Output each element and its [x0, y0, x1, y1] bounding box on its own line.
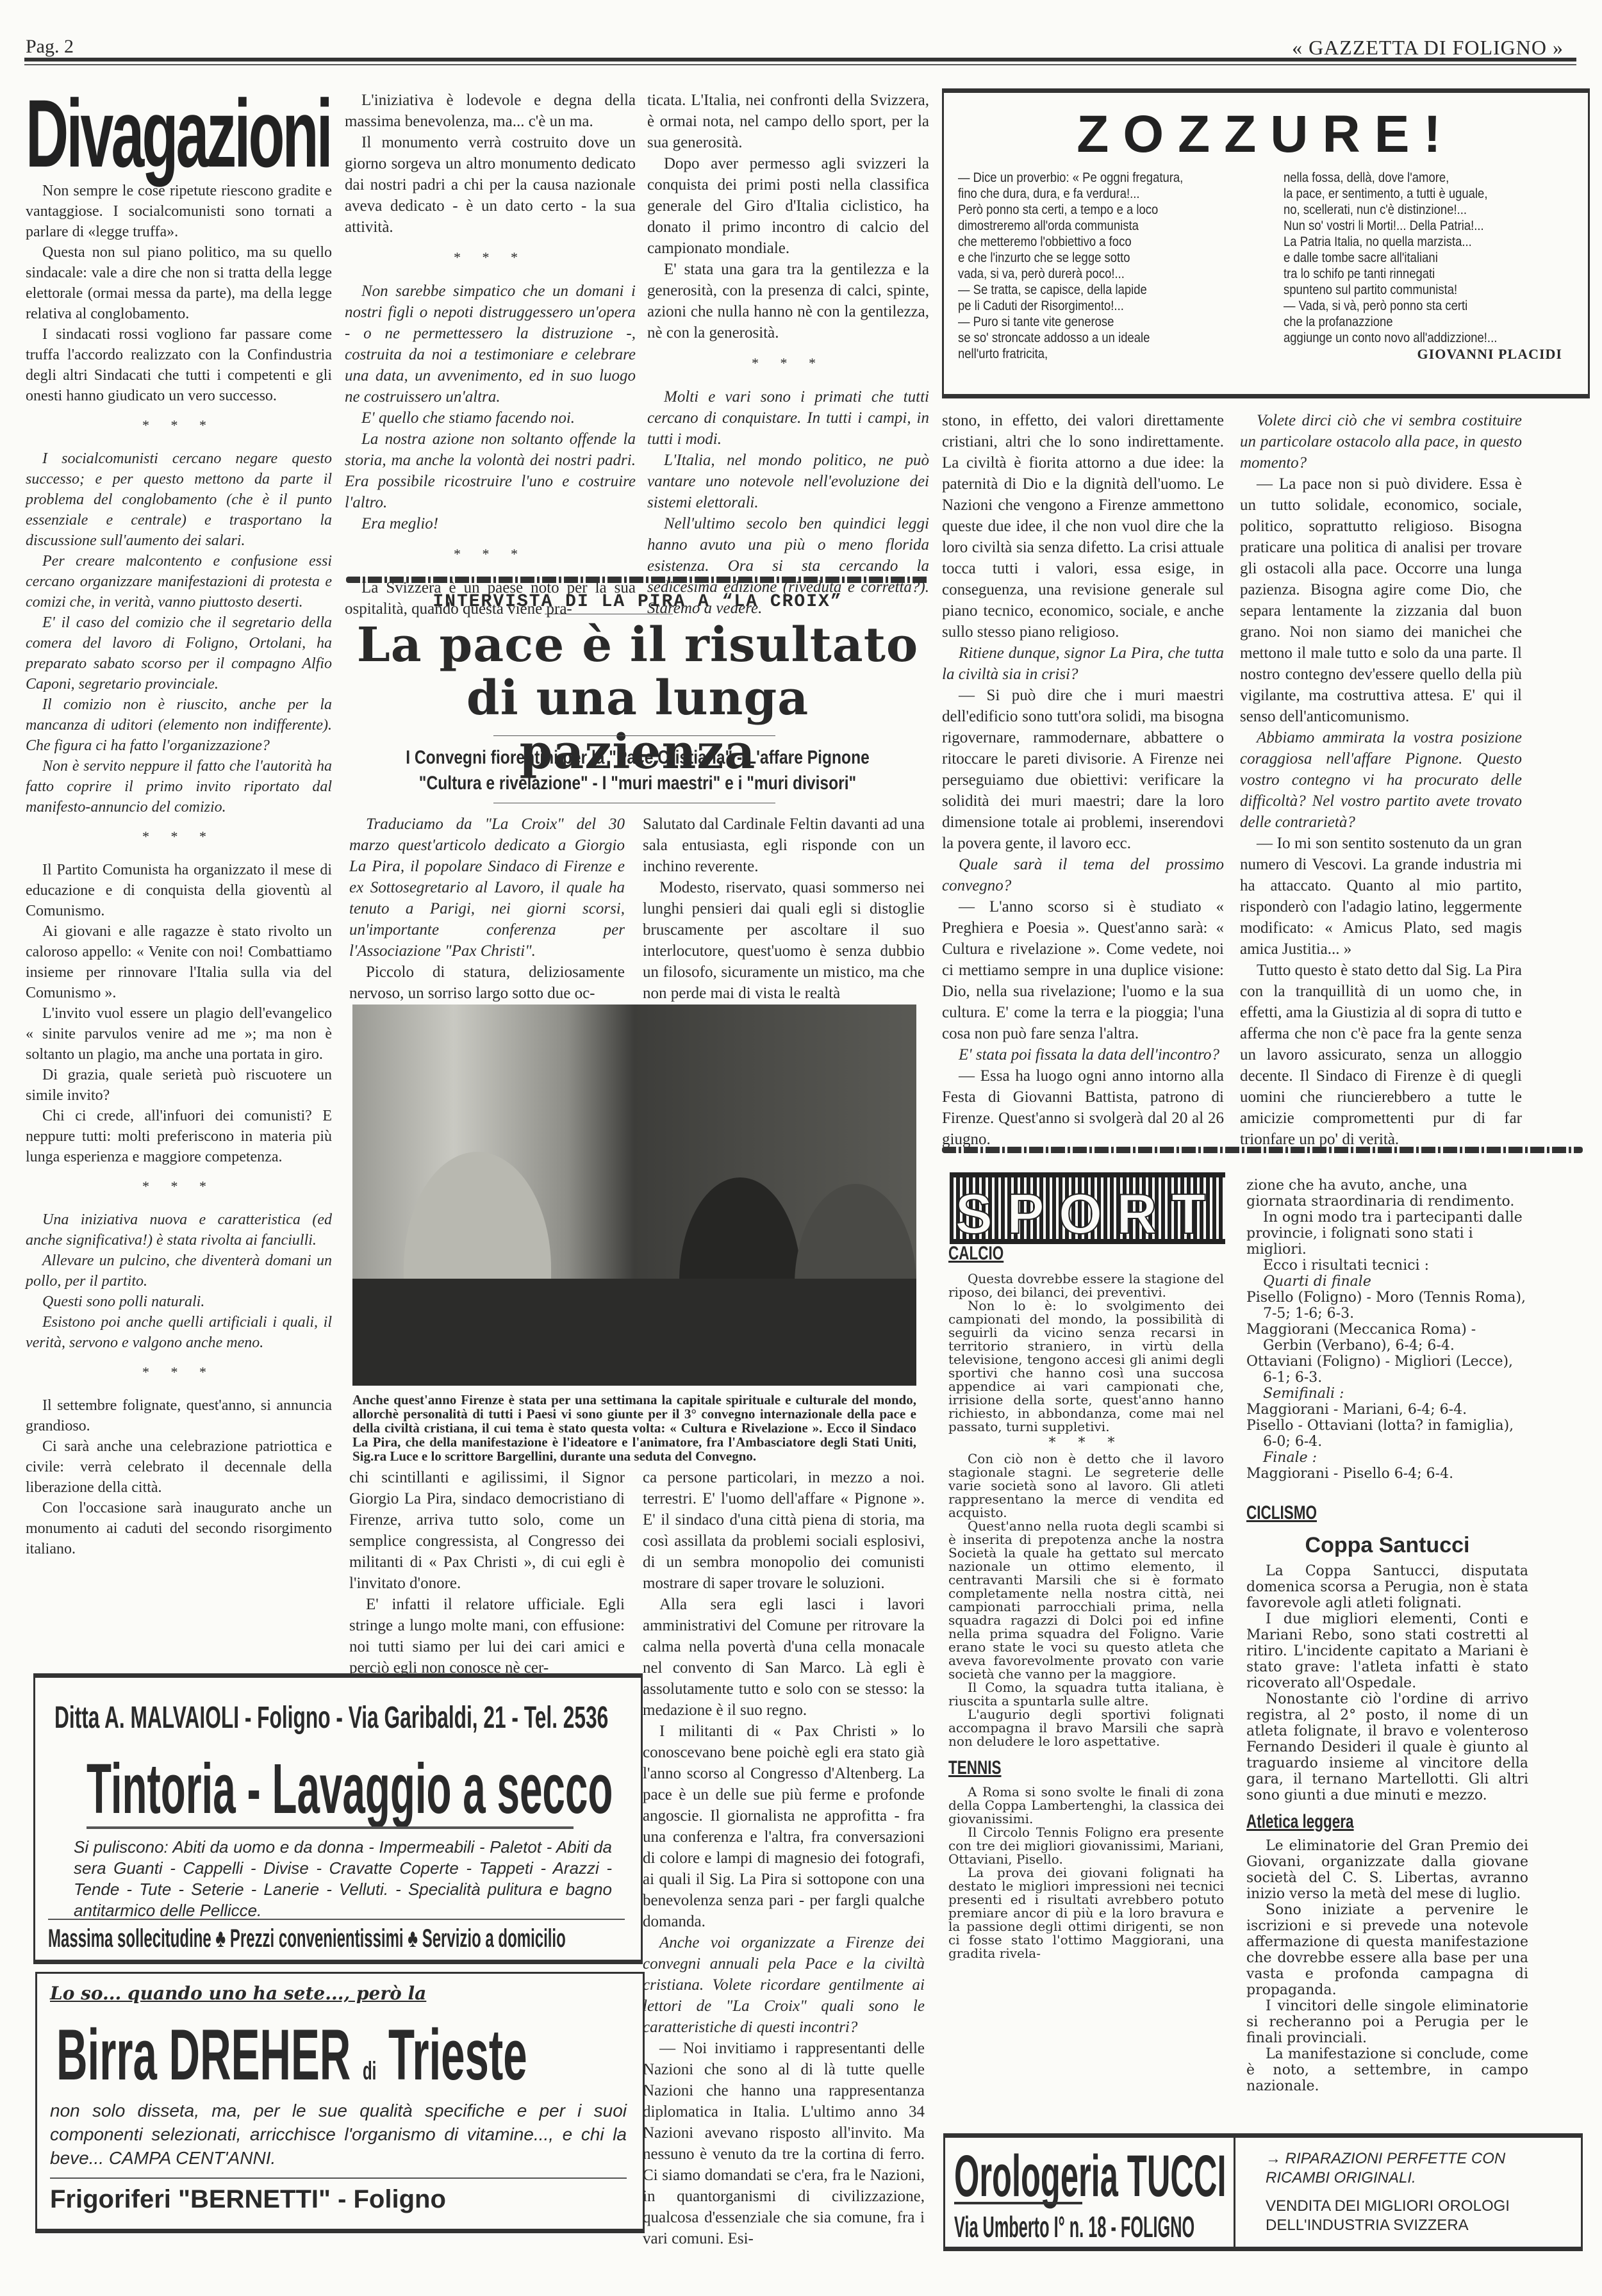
- photo-caption: Anche quest'anno Firenze è stata per una…: [352, 1393, 916, 1463]
- paragraph: Abbiamo ammirata la vostra posizione cor…: [1240, 727, 1522, 833]
- malvaioli-body: Si puliscono: Abiti da uomo e da donna -…: [74, 1837, 612, 1921]
- ad-tucci-frame: Orologeria TUCCI Via Umberto I° n. 18 - …: [943, 2133, 1583, 2251]
- sport-banner-text: SPORT: [950, 1181, 1225, 1247]
- paragraph: Tutto questo è stato detto dal Sig. La P…: [1240, 960, 1522, 1150]
- calcio-body: Questa dovrebbe essere la stagione del r…: [948, 1272, 1224, 1748]
- poem-line: spunteno sul partito communista!: [1284, 282, 1554, 298]
- paragraph: ca persone particolari, in mezzo a noi. …: [643, 1467, 925, 1594]
- lapira-bottom-left: chi scintillanti e agilissimi, il Signor…: [349, 1467, 625, 1678]
- paragraph: Molti e vari sono i primati che tutti ce…: [647, 386, 929, 450]
- tennis-match-result: Maggiorani - Mariani, 6-4; 6-4.: [1246, 1402, 1528, 1418]
- page-number: Pag. 2: [26, 36, 74, 58]
- section-divider: [346, 577, 929, 583]
- paragraph: I militanti di « Pax Christi » lo conosc…: [643, 1721, 925, 1932]
- tennis-match-result: Maggiorani (Meccanica Roma) - Gerbin (Ve…: [1246, 1322, 1528, 1354]
- tennis-round: Semifinali :: [1246, 1386, 1528, 1402]
- tennis-match-result: Pisello (Foligno) - Moro (Tennis Roma), …: [1246, 1290, 1528, 1322]
- paragraph: Questi sono polli naturali.: [26, 1291, 332, 1312]
- tucci-title-text: Orologeria TUCCI: [954, 2143, 1226, 2210]
- paragraph: Con l'occasione sarà inaugurato anche un…: [26, 1498, 332, 1559]
- paragraph: — L'anno scorso si è studiato « Preghier…: [942, 896, 1224, 1044]
- paragraph: E' infatti il relatore ufficiale. Egli s…: [349, 1594, 625, 1678]
- dreher-tagline: Lo so... quando uno ha sete..., però la: [50, 1983, 426, 2004]
- poem-line: — Dice un proverbio: « Pe oggni fregatur…: [958, 170, 1228, 186]
- zozzure-author: GIOVANNI PLACIDI: [1417, 346, 1562, 363]
- tennis-round: Quarti di finale: [1246, 1274, 1528, 1290]
- paragraph: Ci sarà anche una celebrazione patriotti…: [26, 1436, 332, 1498]
- tennis-body: A Roma si sono svolte le finali di zona …: [948, 1785, 1224, 1960]
- paragraph: Sono iniziate a pervenire le iscrizioni …: [1246, 1902, 1528, 1998]
- header-rule-thin: [24, 64, 1576, 65]
- paragraph: chi scintillanti e agilissimi, il Signor…: [349, 1467, 625, 1594]
- tennis-continued: zione che ha avuto, anche, una giornata …: [1246, 1177, 1528, 1482]
- paragraph: ticata. L'Italia, nei confronti della Sv…: [647, 90, 929, 153]
- paragraph: I sindacati rossi vogliono far passare c…: [26, 324, 332, 406]
- paragraph: Il settembre folignate, quest'anno, si a…: [26, 1395, 332, 1436]
- poem-line: La Patria Italia, no quella marzista...: [1284, 234, 1554, 250]
- malvaioli-rule: [87, 1826, 574, 1829]
- ad-malvaioli: Ditta A. MALVAIOLI - Foligno - Via Garib…: [33, 1673, 643, 1964]
- lapira-photo: [352, 1004, 916, 1386]
- paragraph: Dopo aver permesso agli svizzeri la conq…: [647, 153, 929, 259]
- dreher-footer: Frigoriferi "BERNETTI" - Foligno: [50, 2185, 627, 2214]
- section-stars: * * *: [26, 415, 332, 436]
- paragraph: Volete dirci ciò che vi sembra costituir…: [1240, 410, 1522, 473]
- divagazioni-column-2: L'iniziativa è lodevole e degna della ma…: [345, 90, 636, 619]
- paragraph: E' stata una gara tra la gentilezza e la…: [647, 259, 929, 343]
- paragraph: La nostra azione non soltanto offende la…: [345, 429, 636, 513]
- poem-line: Però ponno sta certi, a tempo e a loco: [958, 202, 1228, 218]
- tennis-match-result: Pisello - Ottaviani (lotta? in famiglia)…: [1246, 1418, 1528, 1450]
- poem-line: dimostreremo all'orda communista: [958, 218, 1228, 234]
- section-stars: * * *: [26, 1362, 332, 1382]
- poem-line: — Se tratta, se capisce, della lapide: [958, 282, 1228, 298]
- dreher-title-text: Birra DREHER di Trieste: [56, 2013, 527, 2096]
- paragraph: I socialcomunisti cercano negare questo …: [26, 448, 332, 551]
- lapira-intro-right: Salutato dal Cardinale Feltin davanti ad…: [643, 814, 925, 1004]
- tucci-title: Orologeria TUCCI: [954, 2143, 1223, 2210]
- paragraph: Modesto, riservato, quasi sommerso nei l…: [643, 877, 925, 1004]
- paragraph: Questa dovrebbe essere la stagione del r…: [948, 1272, 1224, 1299]
- malvaioli-title: Tintoria - Lavaggio a secco: [87, 1748, 625, 1830]
- paragraph: Quest'anno nella ruota degli scambi si è…: [948, 1520, 1224, 1681]
- paragraph: Questa non sul piano politico, ma su que…: [26, 242, 332, 324]
- paragraph: Allevare un pulcino, che diventerà doman…: [26, 1250, 332, 1291]
- section-stars: * * *: [26, 1176, 332, 1197]
- lapira-subhead-1: I Convegni fiorentini per la "Pace Crist…: [367, 744, 909, 771]
- divagazioni-title: Divagazioni: [26, 78, 217, 189]
- kicker-rule: [545, 614, 673, 614]
- paragraph: Quale sarà il tema del prossimo convegno…: [942, 854, 1224, 896]
- paragraph: I vincitori delle singole eliminatorie s…: [1246, 1998, 1528, 2046]
- poem-line: tra lo schifo pe tanti rinnegati: [1284, 266, 1554, 282]
- masthead: « GAZZETTA DI FOLIGNO »: [1292, 36, 1564, 60]
- paragraph: Una iniziativa nuova e caratteristica (e…: [26, 1209, 332, 1250]
- calcio-section: CALCIO Questa dovrebbe essere la stagion…: [948, 1243, 1224, 1960]
- paragraph: Non sempre le cose ripetute riescono gra…: [26, 181, 332, 242]
- divagazioni-title-wrap: Divagazioni: [26, 78, 333, 174]
- section-stars: * * *: [948, 1436, 1224, 1450]
- paragraph: La manifestazione si conclude, come è no…: [1246, 2046, 1528, 2094]
- poem-line: e che l'inzurto che se legge sotto: [958, 250, 1228, 266]
- paragraph: L'Italia, nel mondo politico, ne può van…: [647, 450, 929, 513]
- malvaioli-title-text: Tintoria - Lavaggio a secco: [87, 1748, 613, 1830]
- ciclismo-section: CICLISMO Coppa Santucci La Coppa Santucc…: [1246, 1502, 1528, 2094]
- paragraph: Le eliminatorie del Gran Premio dei Giov…: [1246, 1838, 1528, 1902]
- paragraph: Salutato dal Cardinale Feltin davanti ad…: [643, 814, 925, 877]
- paragraph: Il Partito Comunista ha organizzato il m…: [26, 860, 332, 921]
- poem-line: vada, si va, però durerà poco!...: [958, 266, 1228, 282]
- lapira-kicker: INTERVISTA DI LA PIRA A “LA CROIX”: [346, 592, 929, 612]
- zozzure-poem-right: nella fossa, dellà, dove l'amore,la pace…: [1284, 170, 1554, 346]
- paragraph: Ecco i risultati tecnici :: [1246, 1258, 1528, 1274]
- paragraph: Nonostante ciò l'ordine di arrivo regist…: [1246, 1691, 1528, 1803]
- paragraph: — Si può dire che i muri maestri dell'ed…: [942, 685, 1224, 854]
- headline-rule: [493, 735, 775, 736]
- tennis-round: Finale :: [1246, 1450, 1528, 1466]
- dreher-body: non solo disseta, ma, per le sue qualità…: [50, 2099, 627, 2170]
- paragraph: L'iniziativa è lodevole e degna della ma…: [345, 90, 636, 132]
- poem-line: no, scellerati, nun c'è distinzione!...: [1284, 202, 1554, 218]
- malvaioli-footer: Massima sollecitudine ♣ Prezzi convenien…: [48, 1924, 625, 1953]
- poem-line: che la profanazzione: [1284, 314, 1554, 330]
- sport-banner: SPORT: [950, 1172, 1225, 1244]
- dreher-rule: [50, 2177, 627, 2179]
- malvaioli-rule-2: [48, 1919, 625, 1920]
- paragraph: L'invito vuol essere un plagio dell'evan…: [26, 1003, 332, 1065]
- paragraph: Il Circolo Tennis Foligno era presente c…: [948, 1826, 1224, 1866]
- dreher-title-a: Birra DREHER: [56, 2015, 351, 2095]
- tucci-rule: [954, 2202, 1082, 2204]
- paragraph: Ai giovani e alle ragazze è stato rivolt…: [26, 921, 332, 1003]
- paragraph: I due migliori elementi, Conti e Mariani…: [1246, 1611, 1528, 1691]
- section-stars: * * *: [345, 247, 636, 268]
- lapira-bottom-right: ca persone particolari, in mezzo a noi. …: [643, 1467, 925, 2249]
- malvaioli-address: Ditta A. MALVAIOLI - Foligno - Via Garib…: [54, 1700, 631, 1726]
- paragraph: Il monumento verrà costruito dove un gio…: [345, 132, 636, 238]
- paragraph: — Io mi son sentito sostenuto da un gran…: [1240, 833, 1522, 960]
- section-stars: * * *: [647, 352, 929, 373]
- tucci-address: Via Umberto I° n. 18 - FOLIGNO: [954, 2210, 1223, 2244]
- section-stars: * * *: [26, 826, 332, 847]
- atletica-title: Atletica leggera: [1246, 1811, 1354, 1833]
- paragraph: In ogni modo tra i partecipanti dalle pr…: [1246, 1209, 1528, 1258]
- divagazioni-column-1: Non sempre le cose ripetute riescono gra…: [26, 181, 332, 1559]
- ciclismo-title: CICLISMO: [1246, 1502, 1317, 1524]
- paragraph: Il Como, la squadra tutta italiana, è ri…: [948, 1681, 1224, 1708]
- tennis-match-result: Ottaviani (Foligno) - Migliori (Lecce), …: [1246, 1354, 1528, 1386]
- poem-line: la pace, er sentimento, a tutti è uguale…: [1284, 186, 1554, 202]
- paragraph: Di grazia, quale serietà può riscuotere …: [26, 1065, 332, 1106]
- poem-line: aggiunge un conto novo all'addizzione!..…: [1284, 330, 1554, 346]
- poem-line: se so' stroncate addosso a un ideale: [958, 330, 1228, 346]
- sport-divider: [942, 1147, 1583, 1153]
- paragraph: Non è servito neppure il fatto che l'aut…: [26, 756, 332, 817]
- paragraph: Il comizio non è riuscito, anche per la …: [26, 694, 332, 756]
- ciclismo-subtitle: Coppa Santucci: [1246, 1533, 1528, 1558]
- poem-line: pe li Caduti der Risorgimento!...: [958, 298, 1228, 314]
- tucci-line-2: VENDITA DEI MIGLIORI OROLOGI DELL'INDUST…: [1266, 2197, 1554, 2235]
- paragraph: Alla sera egli lasci i lavori amministra…: [643, 1594, 925, 1721]
- paragraph: E' quello che stiamo facendo noi.: [345, 407, 636, 429]
- paragraph: Esistono poi anche quelli artificiali i …: [26, 1312, 332, 1353]
- poem-line: fino che dura, dura, e fa verdura!...: [958, 186, 1228, 202]
- paragraph: Non lo è: lo svolgimento dei campionati …: [948, 1299, 1224, 1434]
- photo-table: [352, 1279, 916, 1386]
- tennis-title: TENNIS: [948, 1757, 1002, 1779]
- dreher-title: Birra DREHER di Trieste: [56, 2013, 633, 2096]
- paragraph: La Coppa Santucci, disputata domenica sc…: [1246, 1563, 1528, 1611]
- divagazioni-column-3: ticata. L'Italia, nei confronti della Sv…: [647, 90, 929, 619]
- zozzure-poem-left: — Dice un proverbio: « Pe oggni fregatur…: [958, 170, 1228, 362]
- paragraph: L'augurio degli sportivi folignati accom…: [948, 1708, 1224, 1748]
- lapira-headline-1: La pace è il risultato: [346, 618, 929, 672]
- poem-line: e dalle tombe sacre all'italiani: [1284, 250, 1554, 266]
- paragraph: Con ciò non è detto che il lavoro stagio…: [948, 1452, 1224, 1520]
- dreher-title-b: Trieste: [388, 2015, 527, 2095]
- header-rule: [24, 58, 1576, 61]
- lapira-column-right-a: stono, in effetto, dei valori direttamen…: [942, 410, 1224, 1150]
- malvaioli-address-text: Ditta A. MALVAIOLI - Foligno - Via Garib…: [54, 1700, 608, 1735]
- calcio-title: CALCIO: [948, 1243, 1003, 1265]
- paragraph: Ritiene dunque, signor La Pira, che tutt…: [942, 643, 1224, 685]
- section-stars: * * *: [345, 543, 636, 564]
- poem-line: nell'urto fratricita,: [958, 346, 1228, 362]
- paragraph: E' il caso del comizio che il segretario…: [26, 612, 332, 694]
- paragraph: Anche voi organizzate a Firenze dei conv…: [643, 1932, 925, 2038]
- paragraph: — Noi invitiamo i rappresentanti delle N…: [643, 2038, 925, 2249]
- paragraph: Non sarebbe simpatico che un domani i no…: [345, 281, 636, 407]
- paragraph: Per creare malcontento e confusione essi…: [26, 551, 332, 612]
- poem-line: — Vada, si và, però ponno sta certi: [1284, 298, 1554, 314]
- paragraph: A Roma si sono svolte le finali di zona …: [948, 1785, 1224, 1826]
- atletica-body: Le eliminatorie del Gran Premio dei Giov…: [1246, 1838, 1528, 2094]
- paragraph: La prova dei giovani folignati ha destat…: [948, 1866, 1224, 1960]
- paragraph: — La pace non si può dividere. Essa è un…: [1240, 473, 1522, 727]
- lapira-column-right-b: Volete dirci ciò che vi sembra costituir…: [1240, 410, 1522, 1150]
- zozzure-title: ZOZZURE!: [944, 104, 1588, 165]
- tennis-match-result: Maggiorani - Pisello 6-4; 6-4.: [1246, 1466, 1528, 1482]
- paragraph: Era meglio!: [345, 513, 636, 534]
- lapira-subhead-2: "Cultura e rivelazione" - I "muri maestr…: [367, 770, 909, 797]
- paragraph: — Essa ha luogo ogni anno intorno alla F…: [942, 1065, 1224, 1150]
- poem-line: che metteremo l'obbiettivo a foco: [958, 234, 1228, 250]
- ciclismo-body: La Coppa Santucci, disputata domenica sc…: [1246, 1563, 1528, 1803]
- paragraph: E' stata poi fissata la data dell'incont…: [942, 1044, 1224, 1065]
- tucci-address-text: Via Umberto I° n. 18 - FOLIGNO: [954, 2210, 1194, 2244]
- paragraph: zione che ha avuto, anche, una giornata …: [1246, 1177, 1528, 1209]
- zozzure-box: ZOZZURE! — Dice un proverbio: « Pe oggni…: [942, 88, 1590, 398]
- subhead-rule: [493, 803, 775, 803]
- paragraph: Chi ci crede, all'infuori dei comunisti?…: [26, 1106, 332, 1167]
- lapira-intro-left: Traduciamo da "La Croix" del 30 marzo qu…: [349, 814, 625, 1004]
- ad-dreher: Lo so... quando uno ha sete..., però la …: [35, 1972, 645, 2233]
- dreher-title-di: di: [363, 2057, 376, 2085]
- tucci-line-1: → RIPARAZIONI PERFETTE CON RICAMBI ORIGI…: [1266, 2149, 1554, 2188]
- paragraph: Piccolo di statura, deliziosamente nervo…: [349, 962, 625, 1004]
- paragraph: stono, in effetto, dei valori direttamen…: [942, 410, 1224, 643]
- malvaioli-footer-text: Massima sollecitudine ♣ Prezzi convenien…: [48, 1924, 566, 1953]
- poem-line: — Puro si tante vite generose: [958, 314, 1228, 330]
- paragraph: Traduciamo da "La Croix" del 30 marzo qu…: [349, 814, 625, 962]
- poem-line: Nun so' vostri li Morti!... Della Patria…: [1284, 218, 1554, 234]
- poem-line: nella fossa, dellà, dove l'amore,: [1284, 170, 1554, 186]
